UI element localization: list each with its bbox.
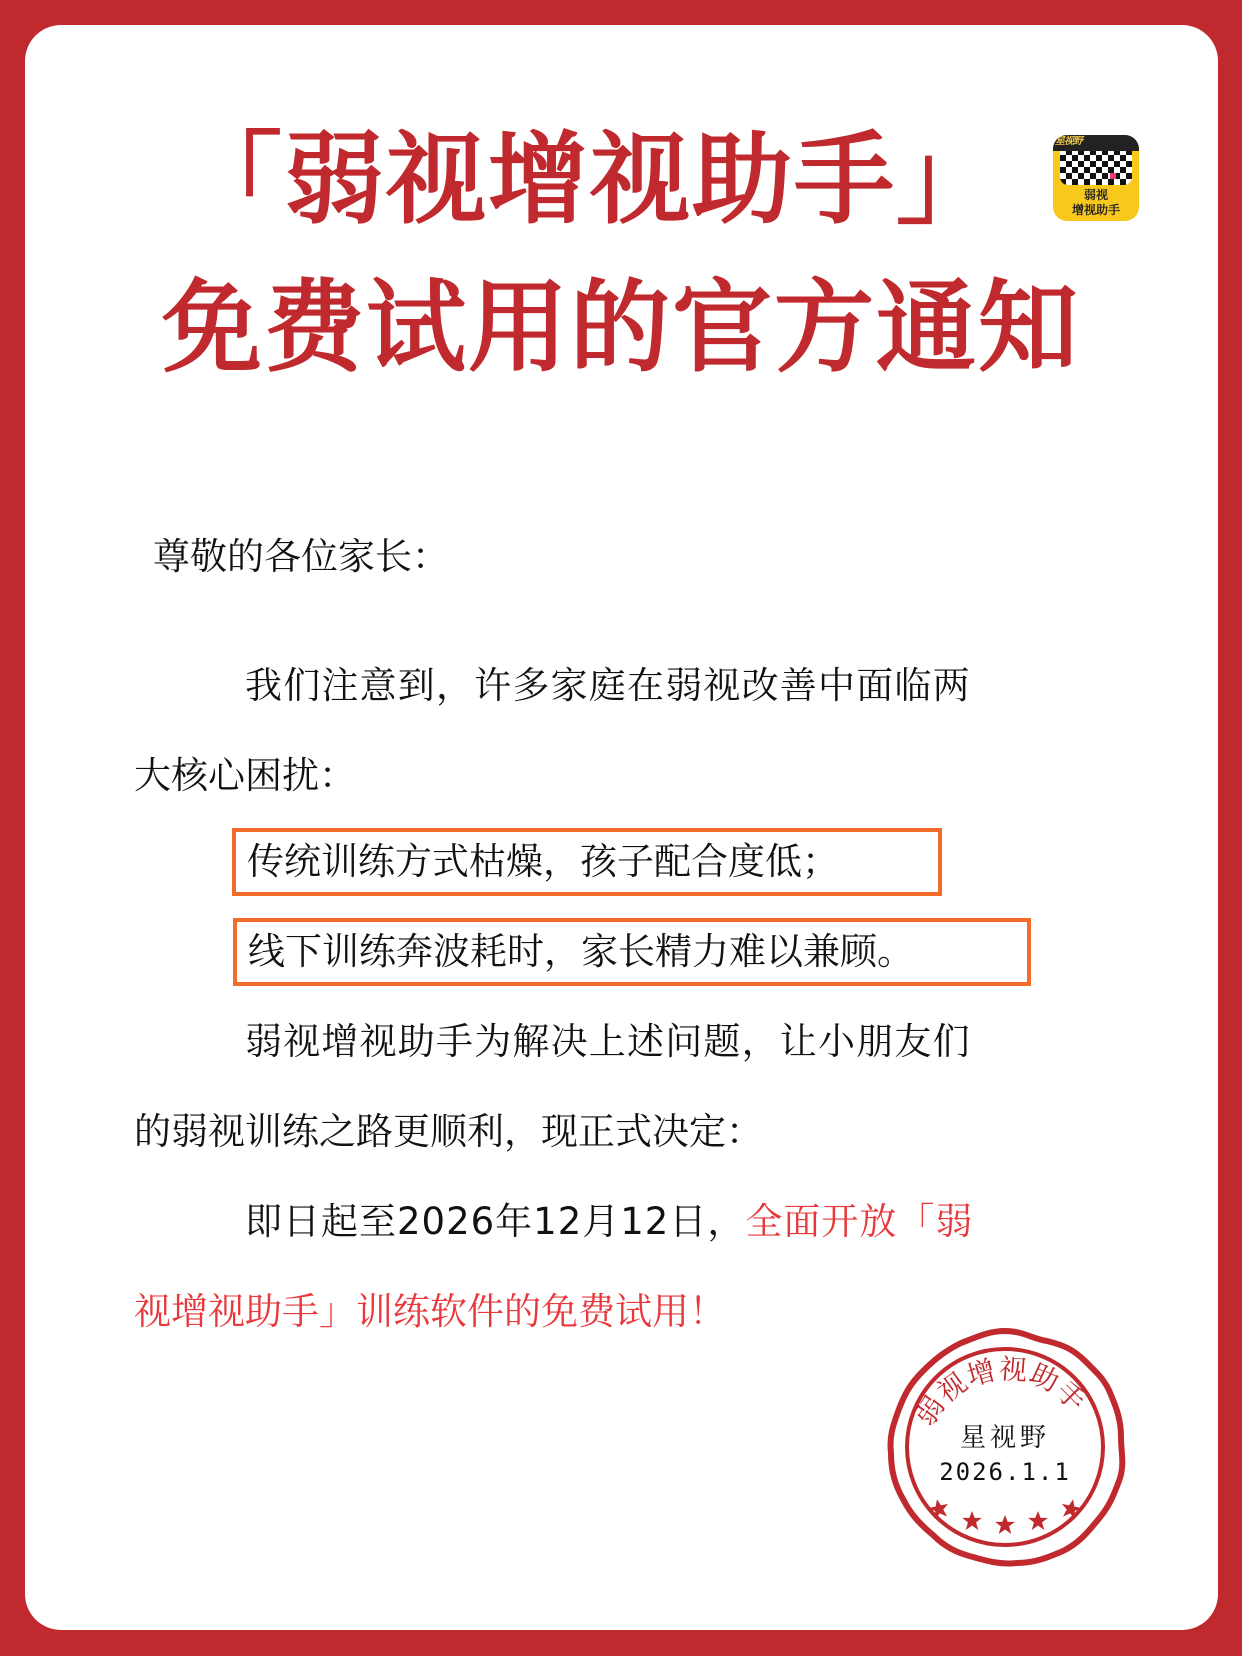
paragraph-2-line-1: 弱视增视助手为解决上述问题，让小朋友们 — [245, 1020, 971, 1064]
greeting: 尊敬的各位家长： — [153, 535, 449, 579]
title-line-2: 免费试用的官方通知 — [0, 268, 1242, 388]
official-seal-stamp: 弱视增视助手 星视野 2026.1.1 — [883, 1325, 1127, 1569]
logo-text-line-1: 弱视 — [1053, 188, 1139, 202]
paragraph-2-line-2: 的弱视训练之路更顺利，现正式决定： — [134, 1110, 763, 1154]
paragraph-3-line-2: 视增视助手」训练软件的免费试用！ — [134, 1290, 726, 1334]
paragraph-1-line-2: 大核心困扰： — [134, 754, 356, 798]
app-logo-icon: 星视野 弱视 增视助手 — [1053, 135, 1139, 221]
pain-point-text: 传统训练方式枯燥，孩子配合度低； — [247, 840, 839, 884]
trial-announcement-text: 全面开放「弱 — [745, 1200, 973, 1243]
fixation-dot-icon — [1110, 173, 1116, 179]
logo-brand-tag: 星视野 — [1055, 136, 1082, 148]
logo-text-line-2: 增视助手 — [1053, 203, 1139, 217]
pain-point-box-2: 线下训练奔波耗时，家长精力难以兼顾。 — [233, 918, 1031, 986]
paragraph-1-line-1: 我们注意到，许多家庭在弱视改善中面临两 — [245, 664, 971, 708]
pain-point-text: 线下训练奔波耗时，家长精力难以兼顾。 — [248, 930, 914, 974]
checkerboard-icon — [1060, 149, 1132, 185]
seal-brand: 星视野 — [883, 1423, 1127, 1453]
seal-date: 2026.1.1 — [883, 1458, 1127, 1486]
seal-arc-text: 弱视增视助手 — [909, 1352, 1094, 1431]
paragraph-3-line-1: 即日起至2026年12月12日，全面开放「弱 — [245, 1200, 973, 1244]
pain-point-box-1: 传统训练方式枯燥，孩子配合度低； — [232, 828, 942, 896]
logo-band: 星视野 — [1053, 135, 1139, 151]
trial-period-text: 即日起至2026年12月12日， — [245, 1200, 745, 1243]
